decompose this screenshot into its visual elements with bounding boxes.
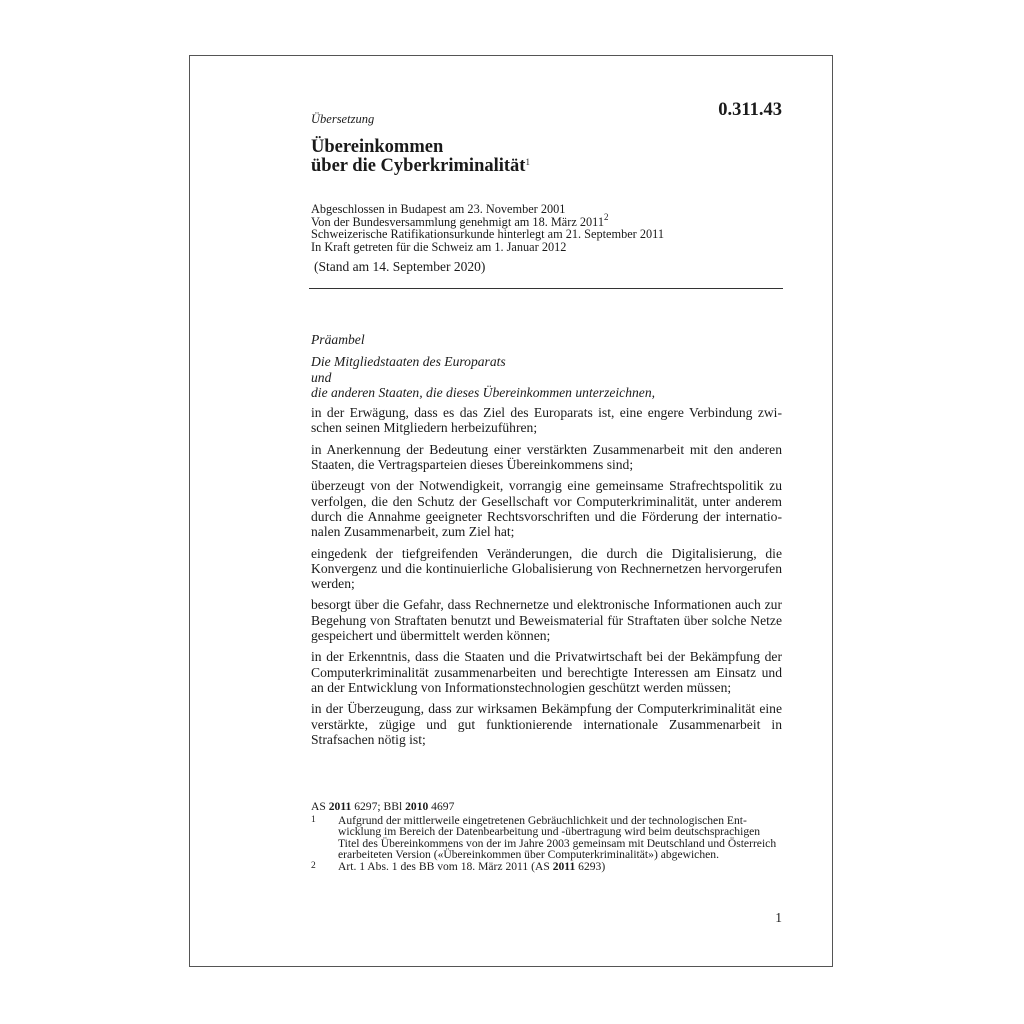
footnote-1: 1 Aufgrund der mittlerweile eingetretene… — [311, 815, 783, 861]
parties-line-1: Die Mitgliedstaaten des Europarats — [311, 354, 782, 369]
footnote-text-prefix: Art. 1 Abs. 1 des BB vom 18. März 2011 (… — [338, 860, 553, 873]
as-year: 2011 — [329, 800, 352, 813]
preamble-paragraph: in der Überzeugung, dass zur wirksamen B… — [311, 701, 782, 747]
footnote-text: Aufgrund der mittlerweile eingetretenen … — [338, 815, 783, 861]
page-number: 1 — [760, 910, 782, 926]
parties-line-2: und — [311, 370, 782, 385]
document-title: Übereinkommen über die Cyberkriminalität… — [311, 138, 530, 176]
footnotes: AS 2011 6297; BBl 2010 4697 1 Aufgrund d… — [311, 801, 783, 872]
sr-number: 0.311.43 — [700, 100, 782, 121]
preamble: Präambel Die Mitgliedstaaten des Europar… — [311, 332, 782, 753]
document-metadata: Abgeschlossen in Budapest am 23. Novembe… — [311, 203, 664, 253]
header-divider — [309, 288, 783, 289]
title-line-1: Übereinkommen — [311, 138, 530, 157]
as-prefix: AS — [311, 800, 329, 813]
footnote-2: 2 Art. 1 Abs. 1 des BB vom 18. März 2011… — [311, 861, 783, 873]
preamble-title: Präambel — [311, 332, 782, 347]
meta-approved-footnote-ref[interactable]: 2 — [604, 212, 609, 222]
status-date: (Stand am 14. September 2020) — [314, 259, 485, 275]
footnote-number: 2 — [311, 861, 338, 873]
meta-in-force: In Kraft getreten für die Schweiz am 1. … — [311, 241, 664, 254]
footnote-text: Art. 1 Abs. 1 des BB vom 18. März 2011 (… — [338, 861, 783, 873]
preamble-paragraph: überzeugt von der Notwendigkeit, vorrang… — [311, 478, 782, 539]
title-line-2: über die Cyberkriminalität1 — [311, 157, 530, 176]
title-footnote-ref[interactable]: 1 — [525, 157, 530, 167]
parties-line-3: die anderen Staaten, die dieses Übereink… — [311, 385, 782, 400]
bbl-page: 4697 — [428, 800, 454, 813]
preamble-paragraph: eingedenk der tiefgreifenden Veränderung… — [311, 546, 782, 592]
footnote-text-suffix: 6293) — [575, 860, 605, 873]
meta-ratification: Schweizerische Ratifikationsurkunde hint… — [311, 228, 664, 241]
title-line-2-text: über die Cyberkriminalität — [311, 156, 525, 176]
bbl-year: 2010 — [405, 800, 428, 813]
preamble-paragraph: besorgt über die Gefahr, dass Rechnernet… — [311, 597, 782, 643]
footnote-text-year: 2011 — [553, 860, 576, 873]
official-reference: AS 2011 6297; BBl 2010 4697 — [311, 801, 783, 813]
preamble-parties: Die Mitgliedstaaten des Europarats und d… — [311, 354, 782, 400]
preamble-paragraph: in Anerkennung der Bedeutung einer verst… — [311, 442, 782, 473]
preamble-paragraph: in der Erwägung, dass es das Ziel des Eu… — [311, 405, 782, 436]
translation-label: Übersetzung — [311, 112, 374, 127]
footnote-number: 1 — [311, 815, 338, 861]
as-page: 6297; BBl — [351, 800, 405, 813]
preamble-paragraph: in der Erkenntnis, dass die Staaten und … — [311, 649, 782, 695]
